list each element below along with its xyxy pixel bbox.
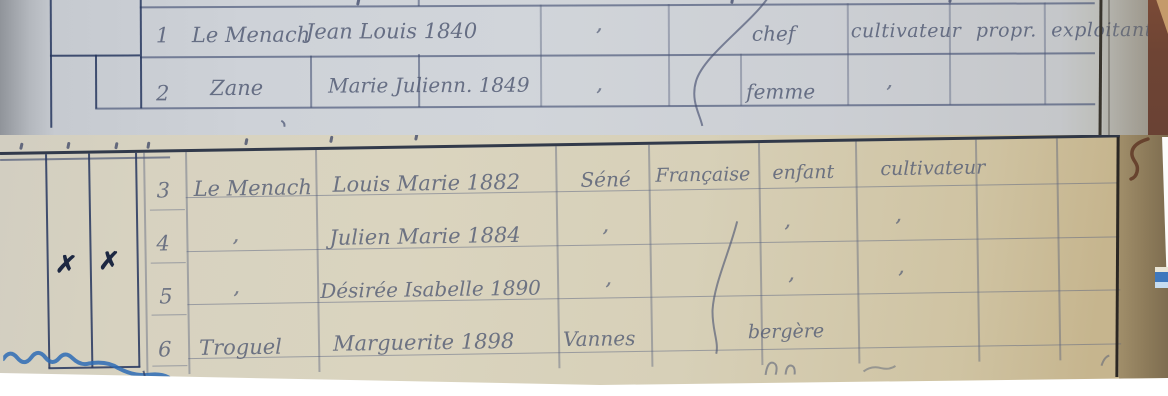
pen-tick	[414, 135, 418, 141]
nationality: Française	[655, 165, 750, 185]
screenshot-canvas: 1 Le Menach Jean Louis 1840 ’ chef culti…	[0, 0, 1168, 396]
row-number: 2	[156, 83, 169, 104]
grid-line-v	[418, 0, 420, 6]
pen-tick	[329, 136, 333, 143]
ditto-mark: ’	[886, 84, 892, 102]
ditto-mark: ’	[596, 27, 602, 45]
cell-underline	[152, 314, 187, 316]
given-name-year: Désirée Isabelle 1890	[320, 278, 541, 301]
row-number: 3	[156, 180, 170, 201]
ditto-mark: ’	[788, 277, 795, 295]
grid-line-h	[140, 52, 1095, 58]
birthplace: Vannes	[563, 328, 636, 349]
pen-tick	[244, 138, 248, 145]
row-number: 5	[159, 286, 173, 307]
grid-line-v	[949, 3, 951, 105]
row-number: 4	[156, 233, 170, 254]
page-edge-shadow	[1103, 0, 1148, 135]
top-photo-page: 1 Le Menach Jean Louis 1840 ’ chef culti…	[0, 0, 1168, 135]
grid-line-v	[310, 56, 312, 108]
cutoff-writing-fragment	[765, 362, 794, 375]
cell-underline	[152, 365, 187, 367]
grid-line-v	[1056, 138, 1061, 360]
given-name-year: Jean Louis 1840	[306, 21, 477, 43]
row-number: 6	[158, 339, 172, 360]
bottom-photo: ✗ ✗ 3 Le Menach Louis Marie 1882 Séné Fr…	[0, 135, 1168, 387]
cell-underline	[151, 262, 186, 264]
situation: chef	[752, 24, 795, 44]
grid-line-v	[668, 4, 670, 106]
pen-tick	[66, 142, 70, 149]
household-mark: ✗	[54, 249, 78, 280]
header-rule	[0, 135, 1120, 155]
grid-line-h	[48, 366, 140, 369]
ditto-mark: ’	[784, 224, 791, 242]
grid-line-h	[140, 2, 1095, 8]
given-name-year: Marie Julienn. 1849	[328, 75, 530, 96]
row-underline	[188, 343, 1121, 359]
row-underline	[186, 182, 1119, 198]
given-name-year: Louis Marie 1882	[332, 172, 520, 196]
grid-line-v	[855, 142, 860, 364]
household-mark: ✗	[98, 246, 120, 276]
ditto-mark: ’	[605, 281, 612, 299]
grid-line-v	[140, 0, 142, 108]
grid-line-v	[740, 54, 742, 106]
artifact-light-band	[1155, 282, 1168, 288]
cutoff-writing-fragment	[1101, 356, 1109, 366]
situation: enfant	[772, 163, 834, 183]
cell-underline	[150, 209, 185, 211]
situation: bergère	[748, 322, 825, 342]
nationality-ditto-stroke	[711, 221, 739, 353]
grid-line-v	[540, 5, 542, 107]
given-name-year: Marguerite 1898	[333, 331, 515, 355]
profession: cultivateur	[880, 159, 985, 180]
surname: Le Menach	[193, 177, 312, 200]
given-name-year: Julien Marie 1884	[329, 225, 521, 249]
grid-line-v	[847, 3, 849, 105]
ditto-mark: ’	[233, 290, 240, 308]
blue-ink-scribble	[3, 351, 168, 380]
surname: Zane	[210, 78, 263, 99]
pen-comma-mark	[281, 121, 284, 127]
pen-tick	[146, 142, 150, 149]
grid-line-v	[1044, 2, 1046, 104]
grid-line-v	[50, 0, 52, 128]
grid-line-v	[143, 153, 148, 375]
surname: Le Menach	[192, 25, 310, 47]
grid-line-v	[88, 154, 93, 368]
ditto-mark: ’	[232, 238, 239, 256]
situation: femme	[746, 81, 815, 101]
grid-line-v	[315, 150, 320, 372]
surname: Troguel	[199, 337, 282, 359]
grid-line-v	[648, 145, 653, 367]
grid-line-v	[45, 154, 50, 368]
artifact-blue-band	[1155, 272, 1168, 282]
ditto-mark: ’	[596, 87, 602, 105]
grid-line-v	[95, 55, 97, 109]
top-photo: 1 Le Menach Jean Louis 1840 ’ chef culti…	[0, 0, 1168, 135]
blue-edge-artifact	[1155, 267, 1168, 288]
pen-fragment	[143, 371, 145, 383]
row-underline	[187, 236, 1120, 252]
ditto-mark: ’	[895, 218, 902, 236]
grid-line-v	[555, 146, 560, 368]
page-edge-rule-inner	[1108, 0, 1110, 135]
pen-tick	[114, 142, 118, 149]
row-number: 1	[156, 25, 169, 46]
pen-tick	[19, 142, 23, 149]
grid-line-v	[135, 153, 140, 367]
nationality-ditto-stroke	[694, 0, 769, 126]
cutoff-writing-fragment	[863, 366, 895, 372]
ditto-mark: ’	[602, 228, 609, 246]
bottom-photo-page: ✗ ✗ 3 Le Menach Louis Marie 1882 Séné Fr…	[0, 135, 1134, 387]
birthplace: Séné	[580, 169, 631, 190]
ditto-mark: ’	[898, 270, 905, 288]
